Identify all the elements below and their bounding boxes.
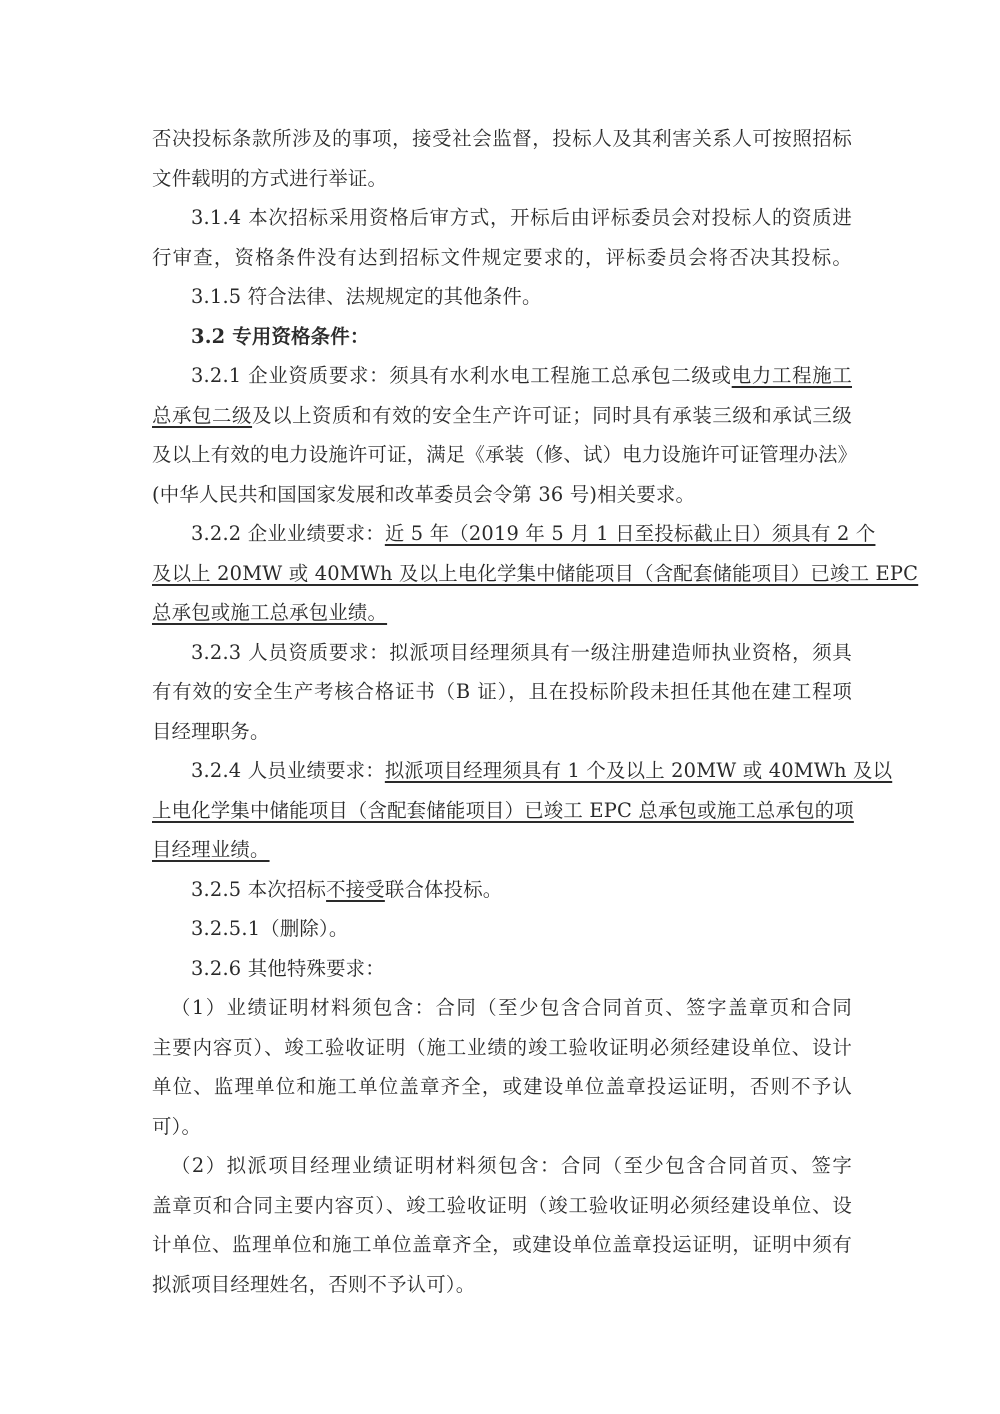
paragraph-line: 上电化学集中储能项目（含配套储能项目）已竣工 EPC 总承包或施工总承包的项 [152, 791, 852, 831]
underlined-text: 近 5 年（2019 年 5 月 1 日至投标截止日）须具有 2 个 [385, 522, 876, 545]
clause-3-2-1: 3.2.1 企业资质要求：须具有水利水电工程施工总承包二级或电力工程施工 [152, 356, 852, 396]
text: 3.1.5 符合法律、法规规定的其他条件。 [191, 285, 542, 308]
text: 3.2.1 企业资质要求：须具有水利水电工程施工总承包二级或 [191, 364, 732, 387]
paragraph-line: 盖章页和合同主要内容页）、竣工验收证明（竣工验收证明必须经建设单位、设 [152, 1186, 852, 1226]
paragraph-line: 目经理职务。 [152, 712, 852, 752]
paragraph-line: 可）。 [152, 1107, 852, 1147]
underlined-text: 不接受 [326, 878, 385, 901]
paragraph-line: 及以上 20MW 或 40MWh 及以上电化学集中储能项目（含配套储能项目）已竣… [152, 554, 852, 594]
text: 可）。 [152, 1115, 201, 1138]
paragraph-line: 单位、监理单位和施工单位盖章齐全，或建设单位盖章投运证明，否则不予认 [152, 1067, 852, 1107]
paragraph-line: 行审查，资格条件没有达到招标文件规定要求的，评标委员会将否决其投标。 [152, 238, 852, 278]
text: 联合体投标。 [385, 878, 503, 901]
paragraph-line: 目经理业绩。 [152, 830, 852, 870]
text: （2）拟派项目经理业绩证明材料须包含：合同（至少包含合同首页、签字 [171, 1154, 852, 1177]
paragraph-line: 否决投标条款所涉及的事项，接受社会监督，投标人及其利害关系人可按照招标 [152, 119, 852, 159]
text: 3.1.4 本次招标采用资格后审方式，开标后由评标委员会对投标人的资质进 [191, 206, 852, 229]
underlined-text: 电力工程施工 [732, 364, 852, 387]
text: 3.2.5.1（删除）。 [191, 917, 349, 940]
paragraph-line: 总承包或施工总承包业绩。 [152, 593, 852, 633]
underlined-text: 总承包二级 [152, 404, 252, 427]
clause-3-2-3: 3.2.3 人员资质要求：拟派项目经理须具有一级注册建造师执业资格，须具 [152, 633, 852, 673]
section-heading-3-2: 3.2 专用资格条件： [152, 317, 852, 357]
clause-3-2-5: 3.2.5 本次招标不接受联合体投标。 [152, 870, 852, 910]
text: 盖章页和合同主要内容页）、竣工验收证明（竣工验收证明必须经建设单位、设 [152, 1194, 852, 1217]
item-1: （1）业绩证明材料须包含：合同（至少包含合同首页、签字盖章页和合同 [152, 988, 852, 1028]
text: 计单位、监理单位和施工单位盖章齐全，或建设单位盖章投运证明，证明中须有 [152, 1233, 852, 1256]
text: 3.2.2 企业业绩要求： [191, 522, 385, 545]
underlined-text: 目经理业绩。 [152, 838, 270, 861]
text: 目经理职务。 [152, 720, 270, 743]
text: 否决投标条款所涉及的事项，接受社会监督，投标人及其利害关系人可按照招标 [152, 127, 852, 150]
heading: 3.2 专用资格条件： [191, 325, 369, 348]
paragraph-line: 计单位、监理单位和施工单位盖章齐全，或建设单位盖章投运证明，证明中须有 [152, 1225, 852, 1265]
clause-3-1-5: 3.1.5 符合法律、法规规定的其他条件。 [152, 277, 852, 317]
paragraph-line: 文件载明的方式进行举证。 [152, 159, 852, 199]
clause-3-2-6: 3.2.6 其他特殊要求： [152, 949, 852, 989]
text: 3.2.6 其他特殊要求： [191, 957, 385, 980]
paragraph-line: (中华人民共和国国家发展和改革委员会令第 36 号)相关要求。 [152, 475, 852, 515]
text: 有有效的安全生产考核合格证书（B 证），且在投标阶段未担任其他在建工程项 [152, 680, 852, 703]
document-page: 否决投标条款所涉及的事项，接受社会监督，投标人及其利害关系人可按照招标 文件载明… [152, 119, 852, 1304]
text: 及以上有效的电力设施许可证，满足《承装（修、试）电力设施许可证管理办法》 [152, 443, 857, 466]
clause-3-2-5-1: 3.2.5.1（删除）。 [152, 909, 852, 949]
text: （1）业绩证明材料须包含：合同（至少包含合同首页、签字盖章页和合同 [171, 996, 852, 1019]
text: 及以上资质和有效的安全生产许可证；同时具有承装三级和承试三级 [252, 404, 852, 427]
underlined-text: 总承包或施工总承包业绩。 [152, 601, 387, 624]
underlined-text: 拟派项目经理须具有 1 个及以上 20MW 或 40MWh 及以 [385, 759, 892, 782]
item-2: （2）拟派项目经理业绩证明材料须包含：合同（至少包含合同首页、签字 [152, 1146, 852, 1186]
paragraph-line: 总承包二级及以上资质和有效的安全生产许可证；同时具有承装三级和承试三级 [152, 396, 852, 436]
text: 拟派项目经理姓名，否则不予认可）。 [152, 1273, 475, 1296]
clause-3-2-4: 3.2.4 人员业绩要求：拟派项目经理须具有 1 个及以上 20MW 或 40M… [152, 751, 852, 791]
paragraph-line: 及以上有效的电力设施许可证，满足《承装（修、试）电力设施许可证管理办法》 [152, 435, 852, 475]
underlined-text: 上电化学集中储能项目（含配套储能项目）已竣工 EPC 总承包或施工总承包的项 [152, 799, 854, 822]
text: 3.2.4 人员业绩要求： [191, 759, 385, 782]
clause-3-2-2: 3.2.2 企业业绩要求：近 5 年（2019 年 5 月 1 日至投标截止日）… [152, 514, 852, 554]
paragraph-line: 拟派项目经理姓名，否则不予认可）。 [152, 1265, 852, 1305]
text: 3.2.3 人员资质要求：拟派项目经理须具有一级注册建造师执业资格，须具 [191, 641, 852, 664]
text: 主要内容页）、竣工验收证明（施工业绩的竣工验收证明必须经建设单位、设计 [152, 1036, 852, 1059]
text: 3.2.5 本次招标 [191, 878, 326, 901]
text: 文件载明的方式进行举证。 [152, 167, 387, 190]
text: 单位、监理单位和施工单位盖章齐全，或建设单位盖章投运证明，否则不予认 [152, 1075, 852, 1098]
paragraph-line: 有有效的安全生产考核合格证书（B 证），且在投标阶段未担任其他在建工程项 [152, 672, 852, 712]
text: (中华人民共和国国家发展和改革委员会令第 36 号)相关要求。 [152, 483, 695, 506]
underlined-text: 及以上 20MW 或 40MWh 及以上电化学集中储能项目（含配套储能项目）已竣… [152, 562, 918, 585]
paragraph-line: 主要内容页）、竣工验收证明（施工业绩的竣工验收证明必须经建设单位、设计 [152, 1028, 852, 1068]
text: 行审查，资格条件没有达到招标文件规定要求的，评标委员会将否决其投标。 [152, 246, 852, 269]
clause-3-1-4: 3.1.4 本次招标采用资格后审方式，开标后由评标委员会对投标人的资质进 [152, 198, 852, 238]
